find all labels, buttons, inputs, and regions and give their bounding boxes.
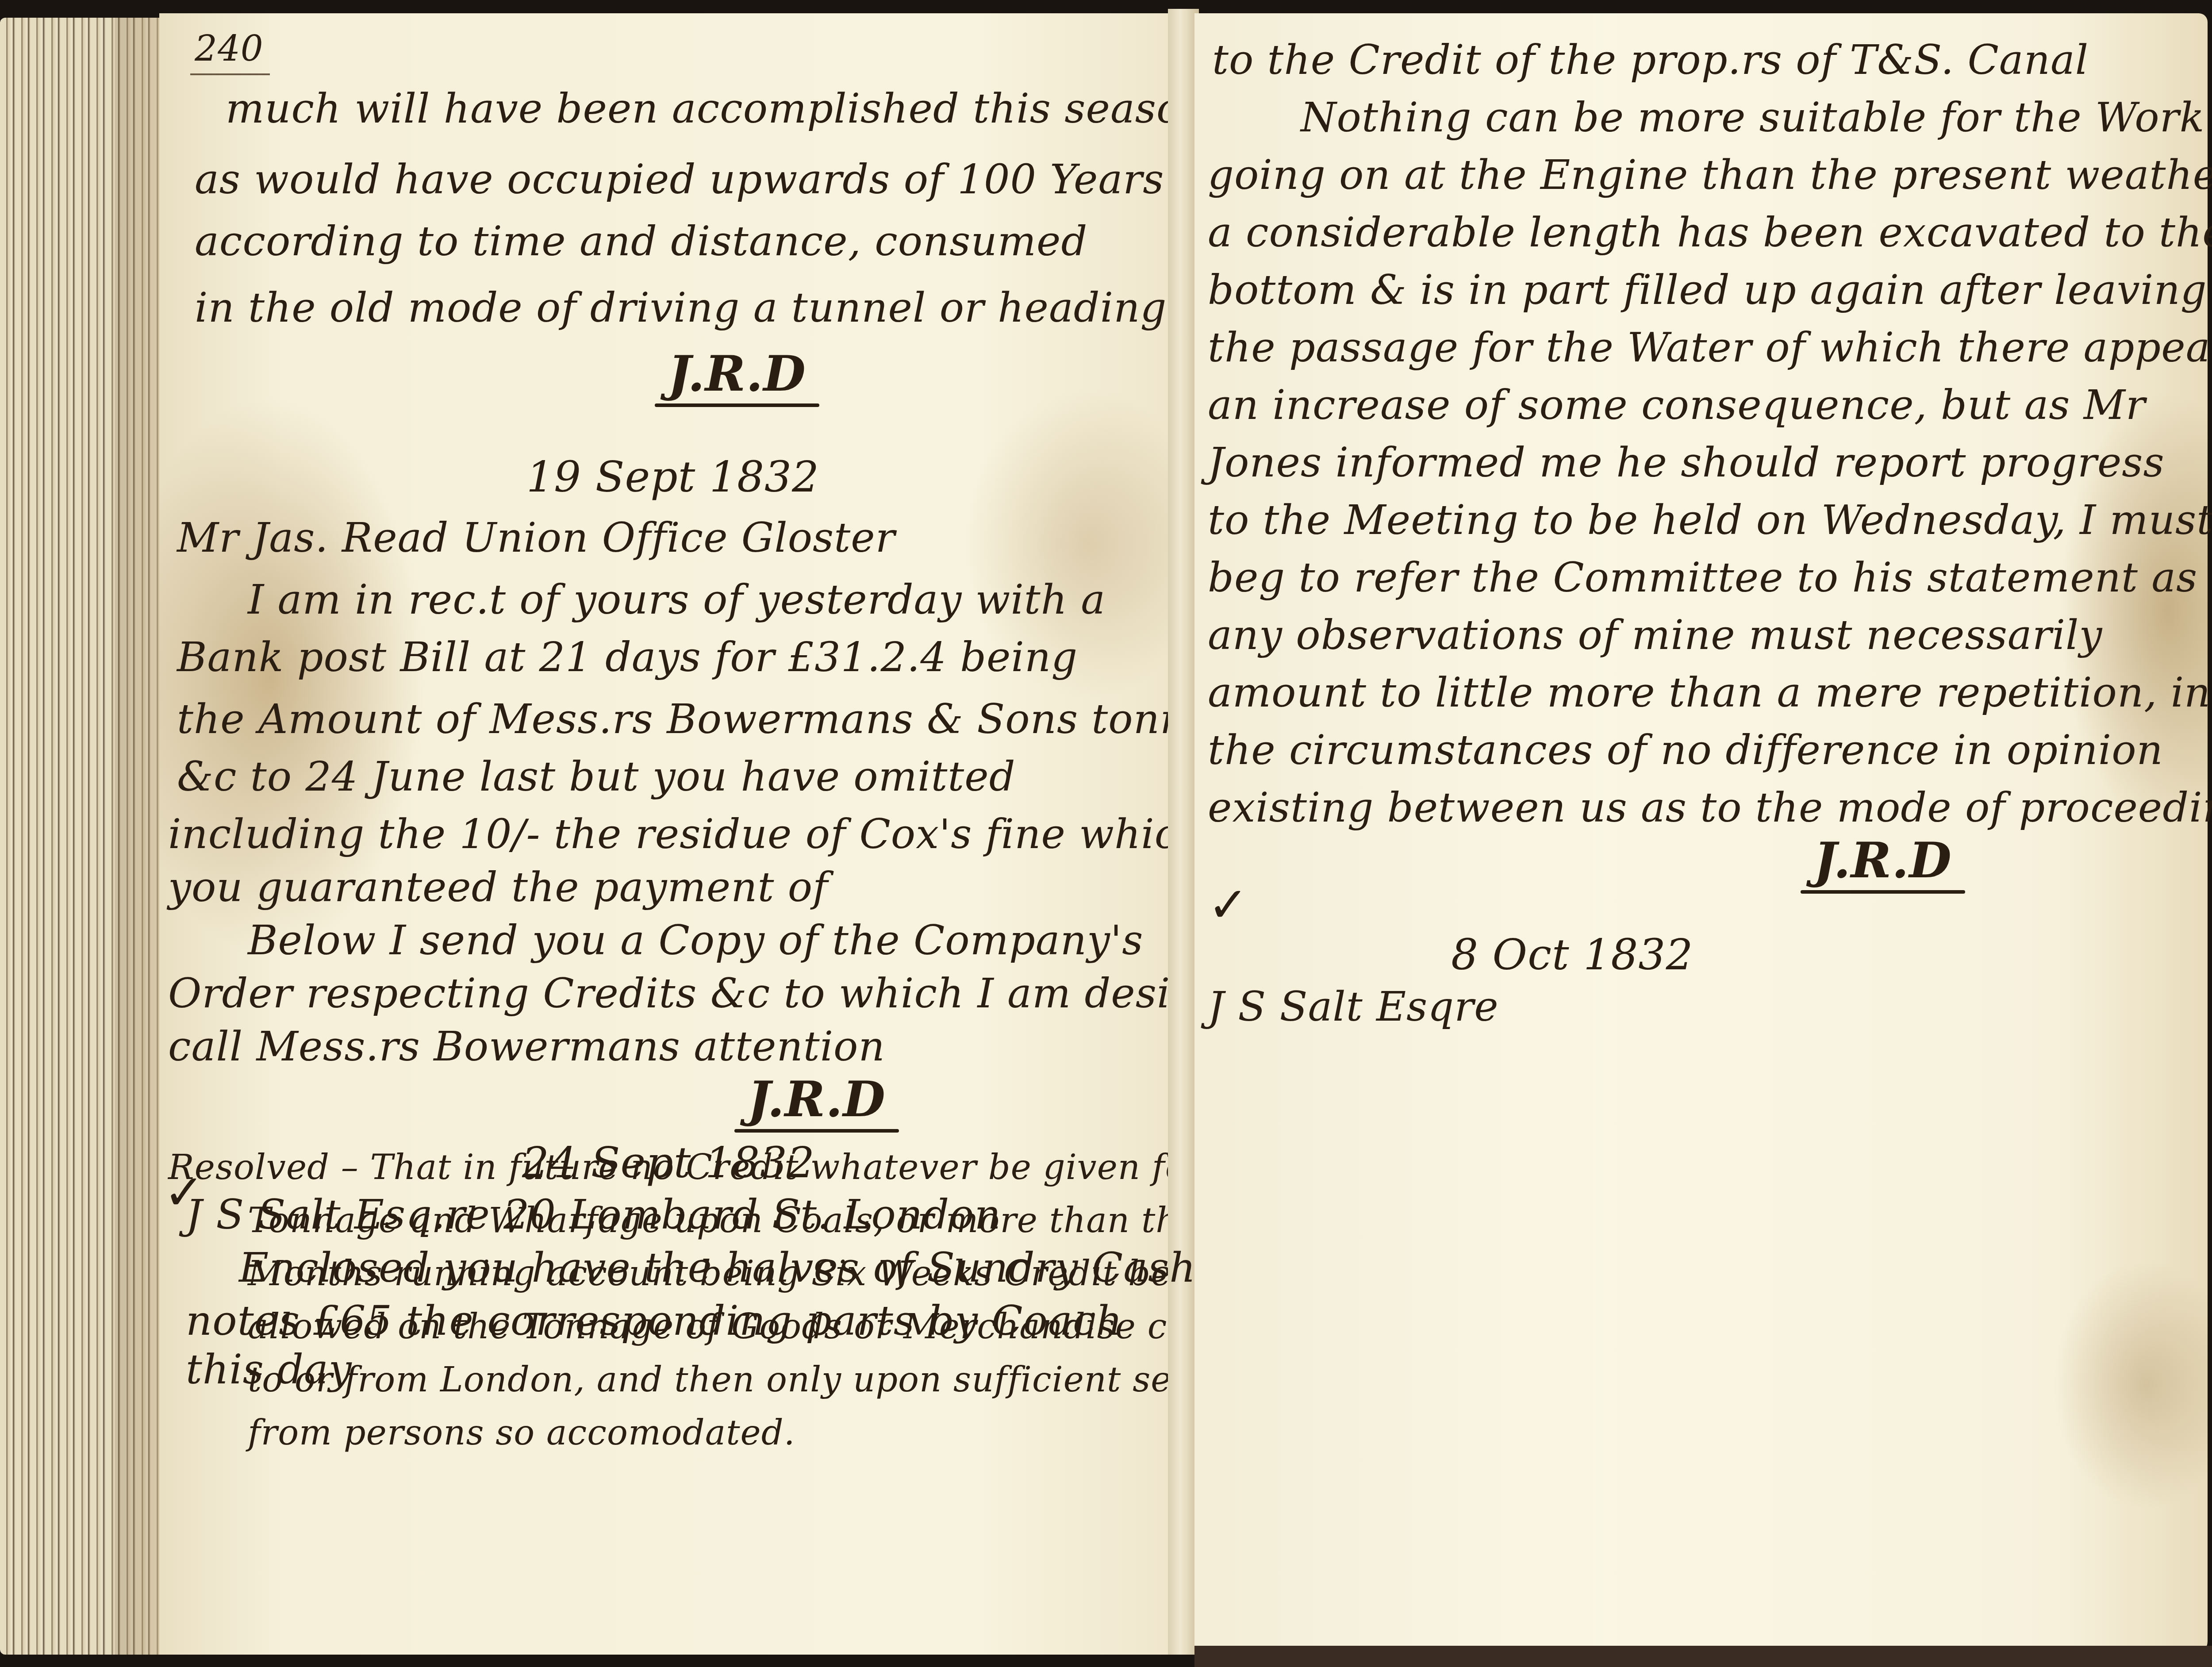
text-line: to the Meeting to be held on Wednesday, … xyxy=(1208,500,2212,541)
text-line: to the Credit of the prop.rs of T&S. Can… xyxy=(1212,40,2089,81)
text-line: the circumstances of no difference in op… xyxy=(1208,730,2163,771)
text-line: amount to little more than a mere repeti… xyxy=(1208,672,2211,713)
letter-addressee: J S Salt Esq.re 20 Lombard St. London xyxy=(186,1195,1001,1235)
signature: J.R.D xyxy=(1814,836,1952,885)
left-page-letters-lower: 24 Sept 1832 J S Salt Esq.re 20 Lombard … xyxy=(159,0,1177,1667)
text-line: beg to refer the Committee to his statem… xyxy=(1208,557,2197,598)
text-line: existing between us as to the mode of pr… xyxy=(1208,787,2212,828)
text-line: Nothing can be more suitable for the Wor… xyxy=(1301,97,2204,138)
text-line: going on at the Engine than the present … xyxy=(1208,155,2212,196)
letter-date: 24 Sept 1832 xyxy=(522,1141,815,1184)
text-line: this day xyxy=(186,1349,352,1390)
letter-addressee: J S Salt Esqre xyxy=(1208,987,1499,1027)
text-line: notes £65 the corresponding parts by Coa… xyxy=(186,1301,1123,1341)
text-line: any observations of mine must necessaril… xyxy=(1208,615,2103,656)
text-line: Enclosed you have the halves of Sundry C… xyxy=(239,1248,1196,1288)
page-edges xyxy=(0,18,168,1655)
text-line: bottom & is in part filled up again afte… xyxy=(1208,270,2207,311)
text-line: Jones informed me he should report progr… xyxy=(1208,442,2165,483)
check-mark: ✓ xyxy=(1208,880,1249,929)
right-page: to the Credit of the prop.rs of T&S. Can… xyxy=(1194,13,2208,1655)
book-bottom-edge xyxy=(1194,1646,2212,1667)
text-line: an increase of some consequence, but as … xyxy=(1208,385,2146,426)
letter-date: 8 Oct 1832 xyxy=(1451,933,1693,976)
text-line: the passage for the Water of which there… xyxy=(1208,327,2212,368)
text-line: a considerable length has been excavated… xyxy=(1208,212,2212,253)
